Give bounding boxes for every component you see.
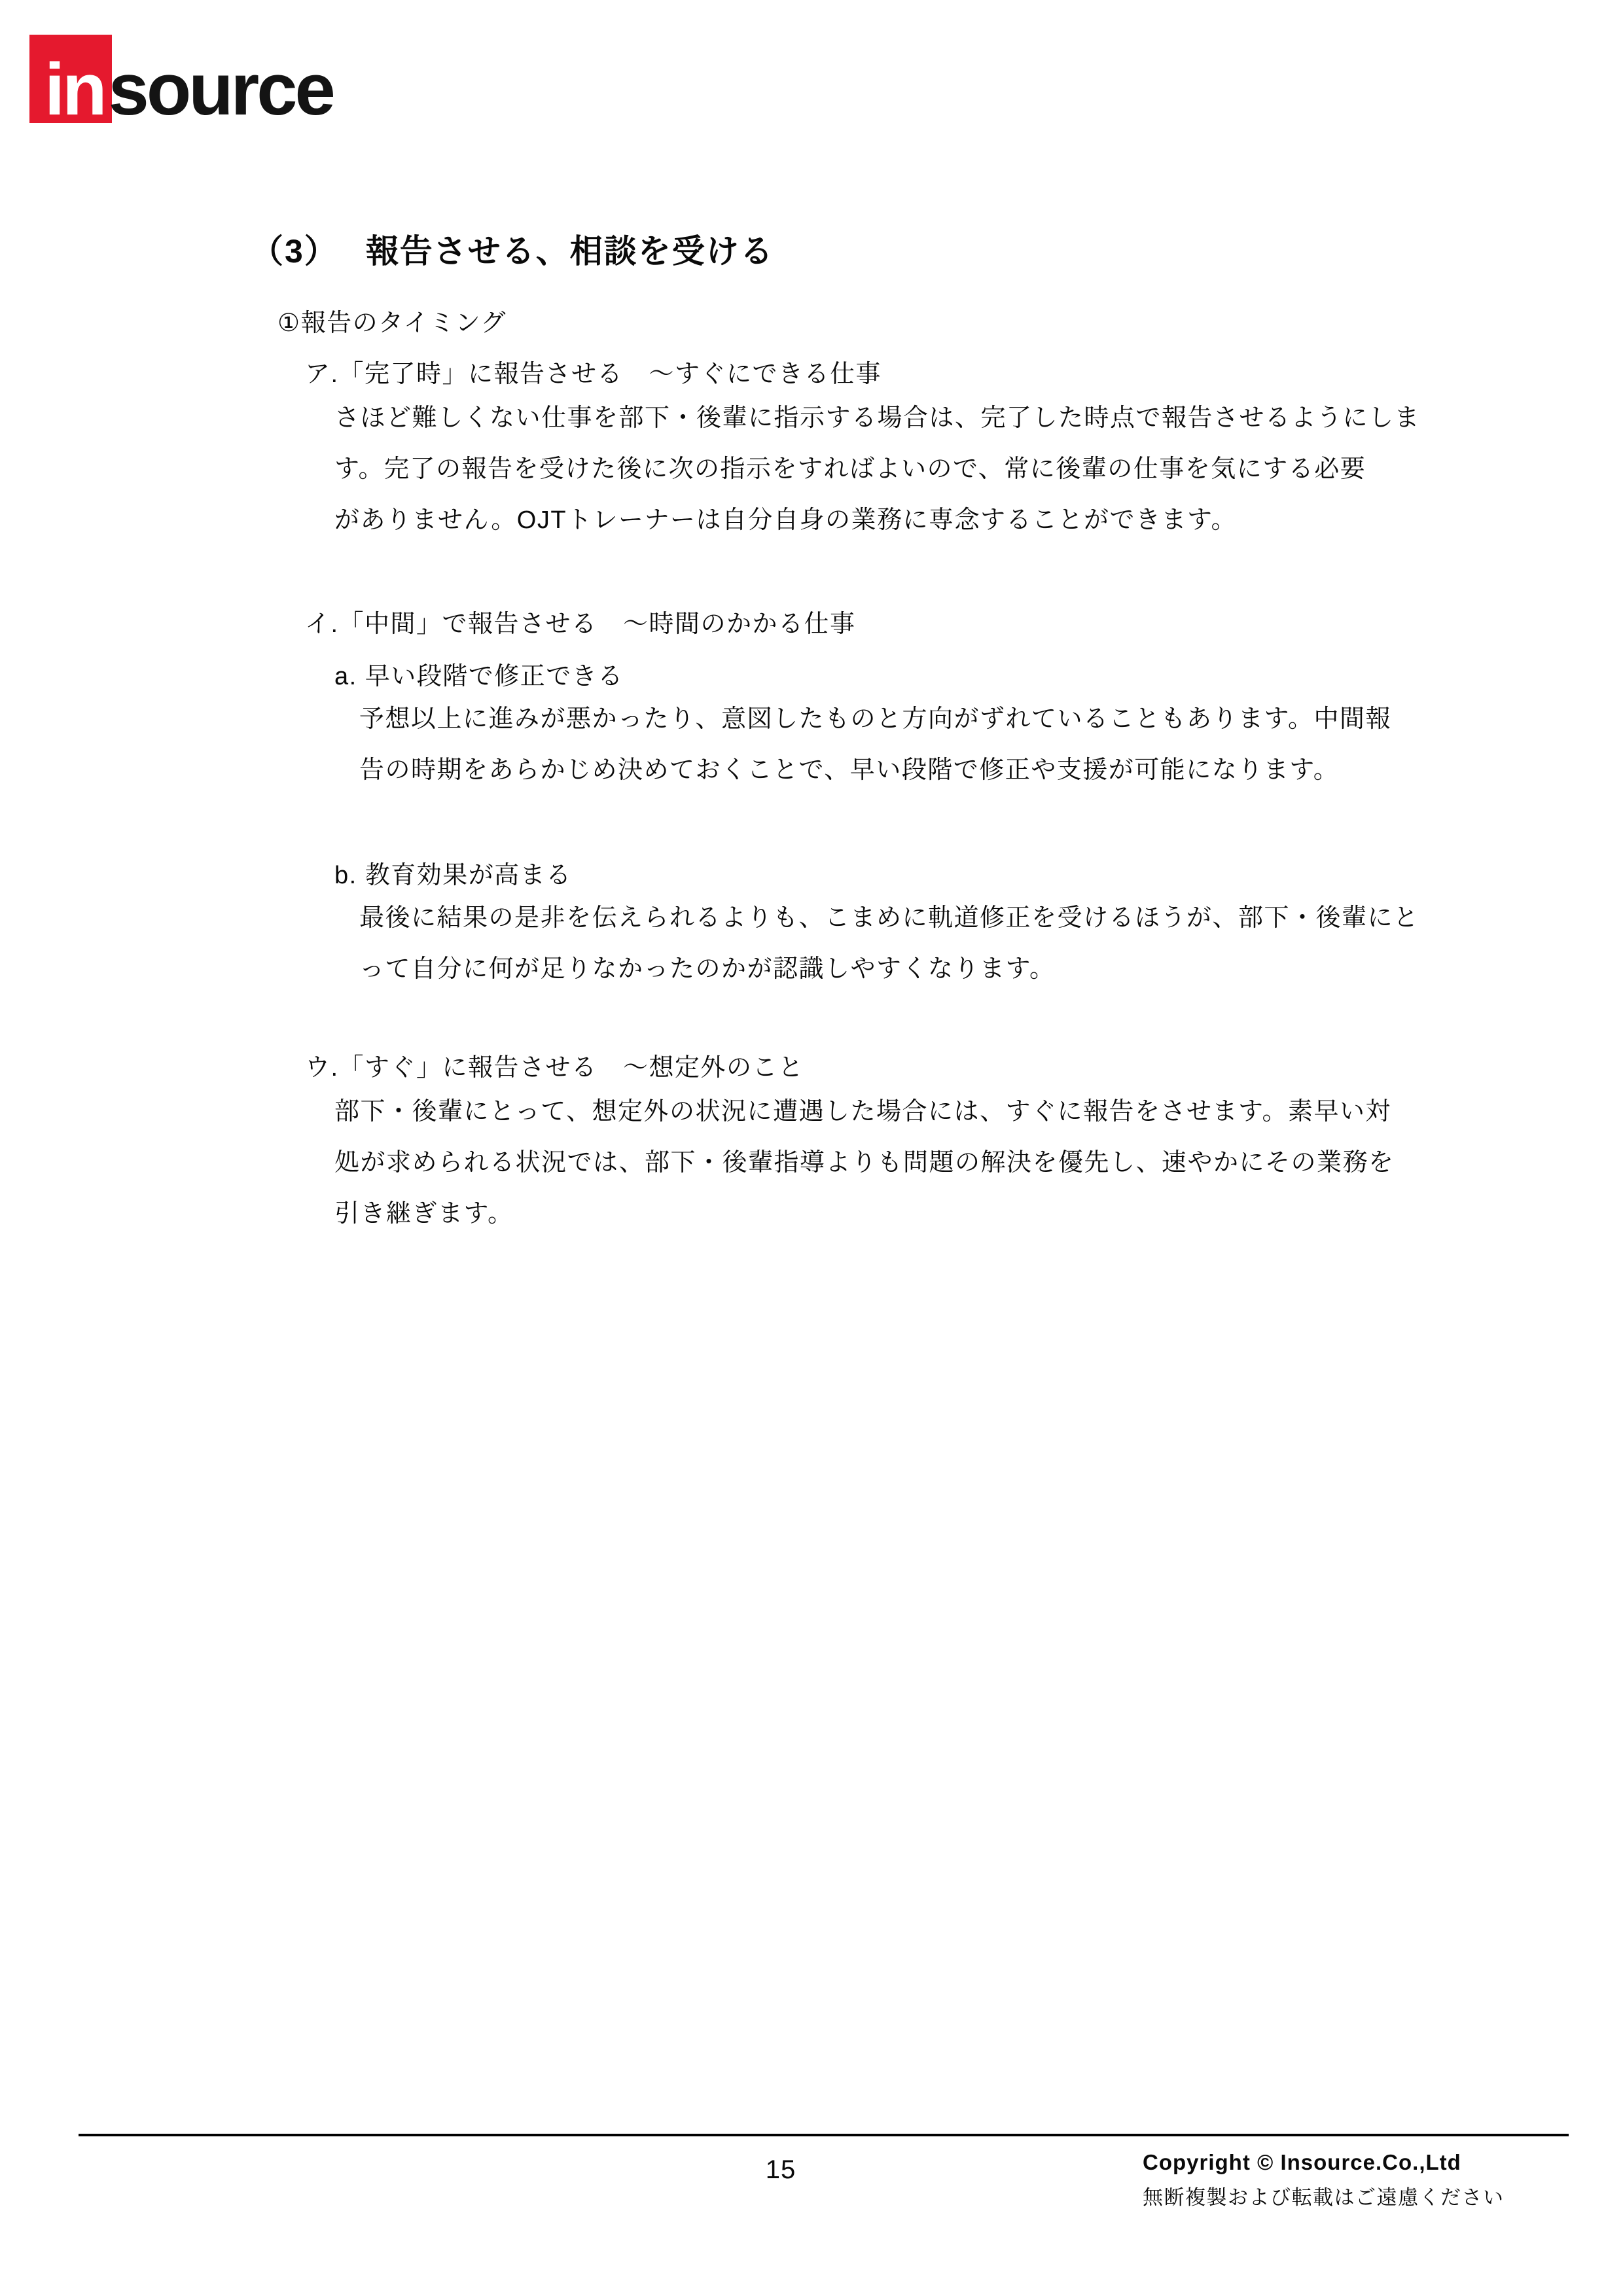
section-u-heading: ウ.「すぐ」に報告させる ～想定外のこと — [305, 1047, 804, 1083]
logo-source-text: source — [109, 48, 333, 130]
insource-logo: insource — [0, 0, 366, 131]
subsection-title-timing: ①報告のタイミング — [277, 302, 507, 338]
section-i-heading: イ.「中間」で報告させる ～時間のかかる仕事 — [305, 603, 856, 639]
footer-divider — [79, 2134, 1569, 2136]
logo-wordmark: insource — [45, 53, 333, 126]
document-page: insource （3） 報告させる、相談を受ける ①報告のタイミング ア.「完… — [0, 0, 1623, 2296]
section-u-body: 部下・後輩にとって、想定外の状況に遭遇した場合には、すぐに報告をさせます。素早い… — [334, 1086, 1395, 1239]
body-line: さほど難しくない仕事を部下・後輩に指示する場合は、完了した時点で報告させるように… — [334, 393, 1420, 444]
subsection-ib-body: 最後に結果の是非を伝えられるよりも、こまめに軌道修正を受けるほうが、部下・後輩に… — [359, 892, 1419, 995]
page-title-text: 報告させる、相談を受ける — [366, 225, 774, 272]
page-number: 15 — [738, 2155, 823, 2185]
body-line: 引き継ぎます。 — [334, 1188, 1395, 1239]
body-line: 処が求められる状況では、部下・後輩指導よりも問題の解決を優先し、速やかにその業務… — [334, 1137, 1395, 1188]
subsection-ia-body: 予想以上に進みが悪かったり、意図したものと方向がずれていることもあります。中間報… — [359, 694, 1391, 796]
subsection-ia-heading: a. 早い段階で修正できる — [334, 656, 624, 692]
page-title: （3） 報告させる、相談を受ける — [251, 225, 774, 272]
body-line: 最後に結果の是非を伝えられるよりも、こまめに軌道修正を受けるほうが、部下・後輩に… — [359, 892, 1419, 944]
copyright-notice: 無断複製および転載はご遠慮ください — [1143, 2181, 1505, 2210]
page-title-number: （3） — [251, 225, 338, 272]
body-line: がありません。OJTトレーナーは自分自身の業務に専念することができます。 — [334, 495, 1420, 546]
body-line: 告の時期をあらかじめ決めておくことで、早い段階で修正や支援が可能になります。 — [359, 745, 1391, 796]
logo-in-text: in — [45, 48, 105, 130]
body-line: って自分に何が足りなかったのかが認識しやすくなります。 — [359, 944, 1419, 995]
subsection-ib-heading: b. 教育効果が高まる — [334, 855, 572, 891]
section-a-body: さほど難しくない仕事を部下・後輩に指示する場合は、完了した時点で報告させるように… — [334, 393, 1420, 546]
section-a-heading: ア.「完了時」に報告させる ～すぐにできる仕事 — [305, 353, 882, 389]
body-line: 部下・後輩にとって、想定外の状況に遭遇した場合には、すぐに報告をさせます。素早い… — [334, 1086, 1395, 1137]
body-line: 予想以上に進みが悪かったり、意図したものと方向がずれていることもあります。中間報 — [359, 694, 1391, 745]
footer-copyright: Copyright © Insource.Co.,Ltd 無断複製および転載はご… — [1143, 2150, 1505, 2210]
copyright-text: Copyright © Insource.Co.,Ltd — [1143, 2150, 1505, 2175]
body-line: す。完了の報告を受けた後に次の指示をすればよいので、常に後輩の仕事を気にする必要 — [334, 444, 1420, 495]
